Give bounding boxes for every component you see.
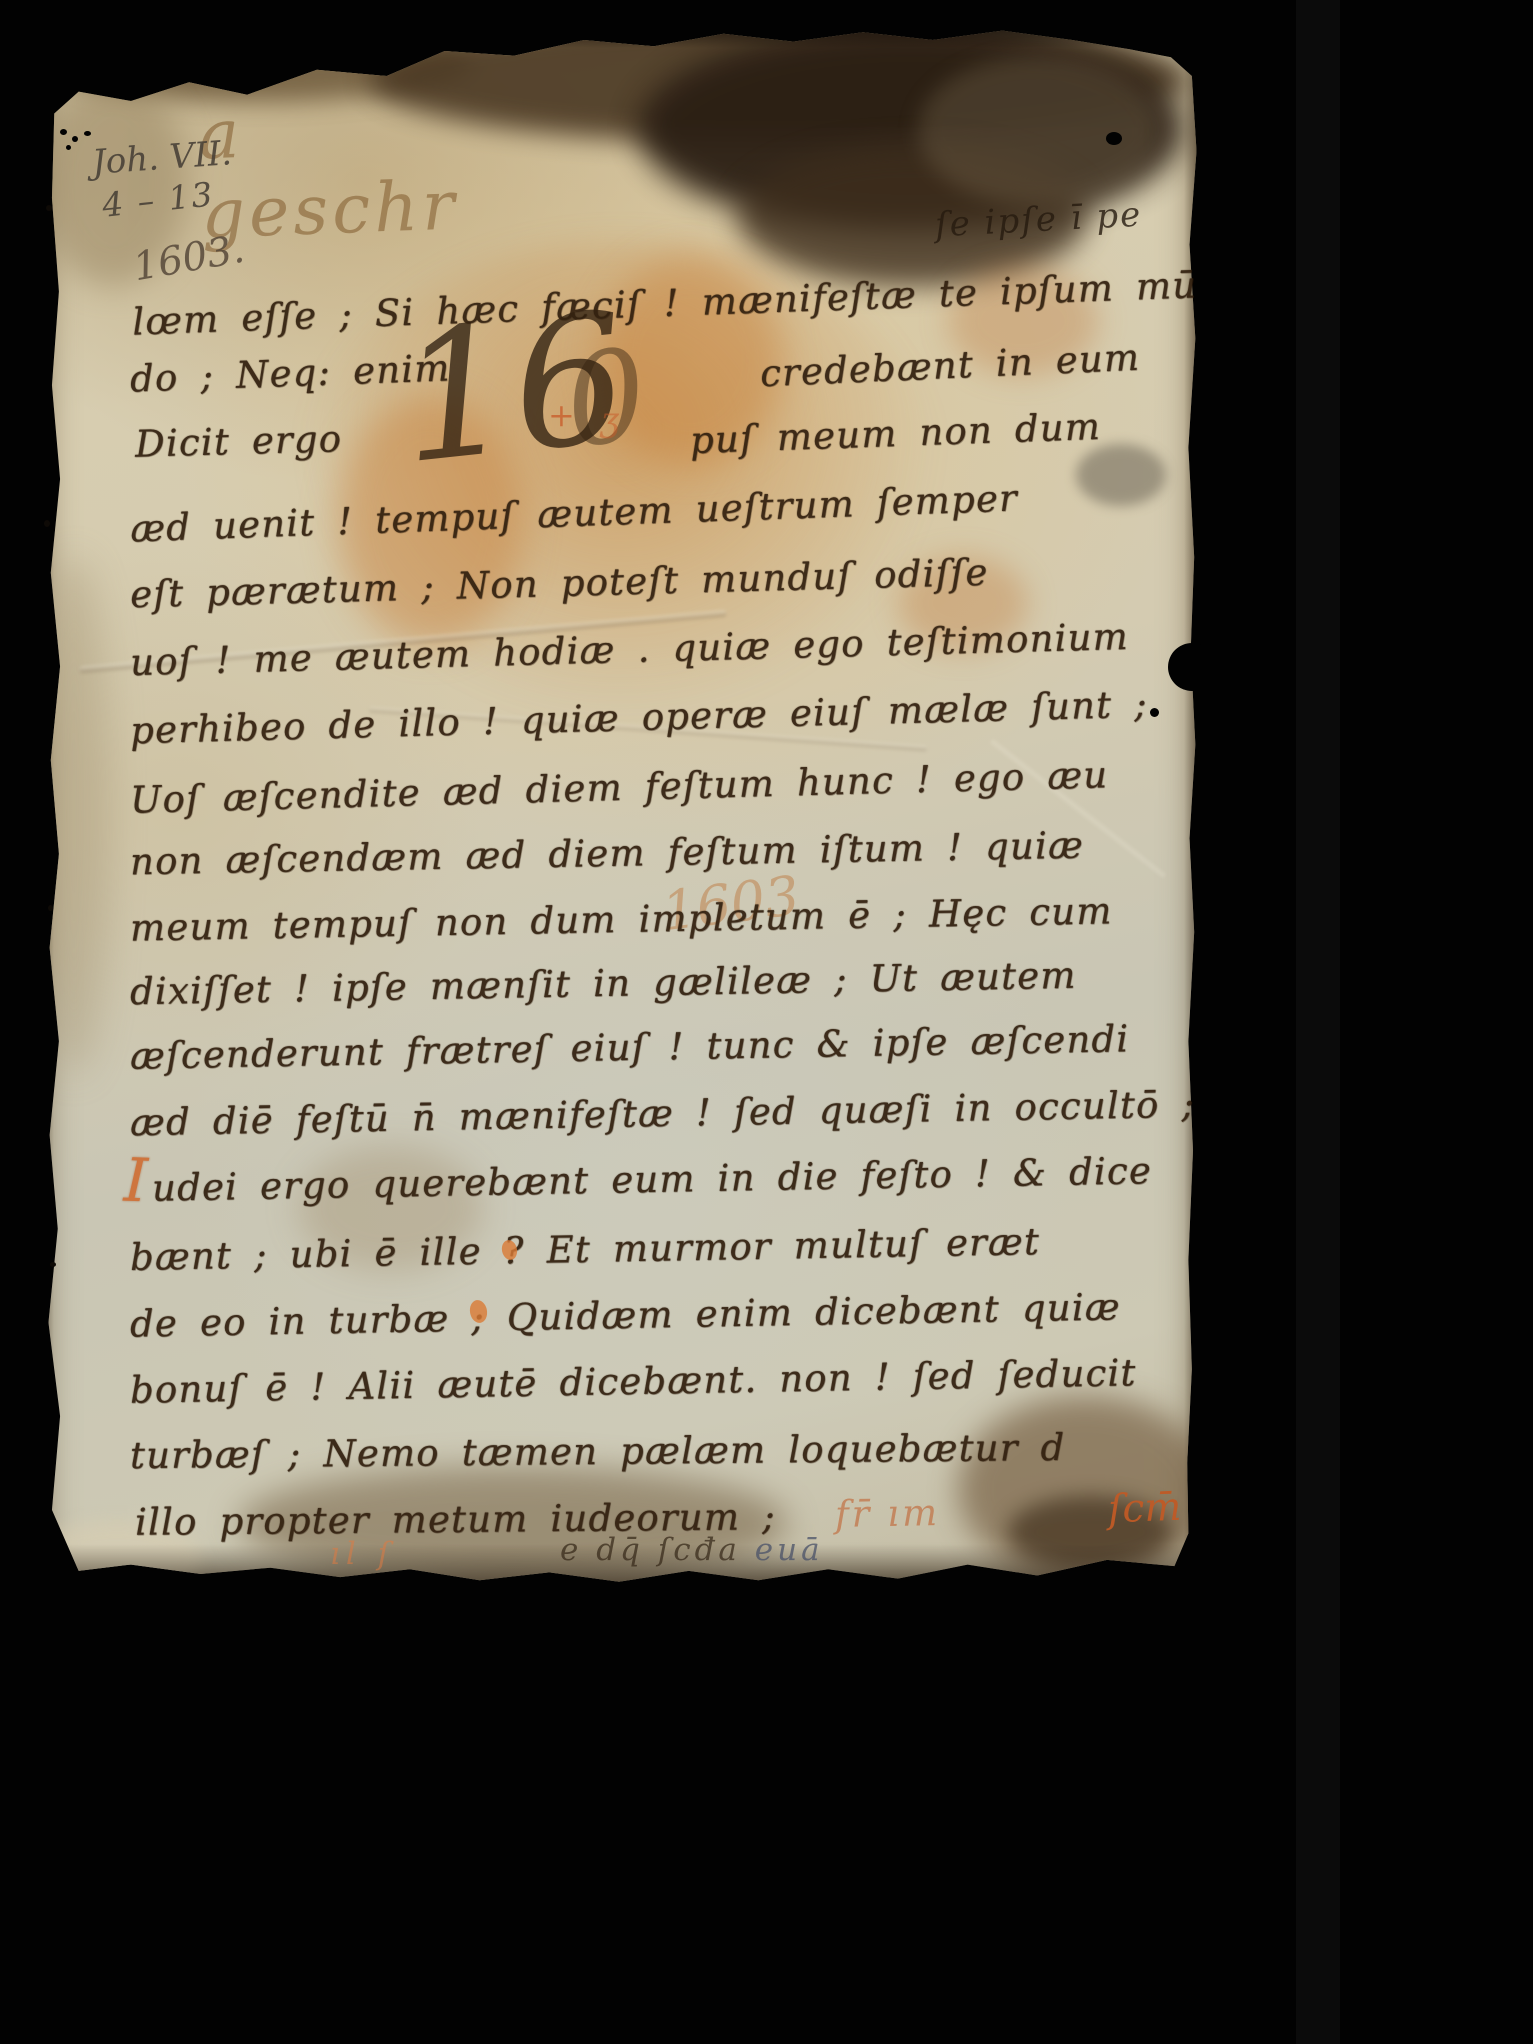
- manuscript-line: non æſcendæm æd diem feſtum iſtum ! quiæ: [130, 824, 1085, 884]
- manuscript-line: eſt pærætum ; Non poteſt munduſ odiſſe: [130, 551, 989, 616]
- manuscript-line: æd uenit ! tempuſ æutem ueſtrum ſemper: [130, 477, 1019, 551]
- manuscript-line: bonuſ ē ! Alii æutē dicebænt. non ! ſed …: [130, 1351, 1137, 1412]
- rubricated-initial: I: [123, 1146, 149, 1217]
- manuscript-line: puſ meum non dum: [689, 405, 1101, 462]
- edge-speck: [48, 905, 53, 911]
- worm-hole: [1150, 708, 1159, 717]
- manuscript-photo: a geschr Joh. VII. 4 – 13 1603. ſ: [0, 0, 1533, 2044]
- manuscript-line: Uoſ æſcendite æd diem feſtum hunc ! ego …: [130, 753, 1109, 822]
- edge-speck: [50, 1262, 56, 1267]
- fragment-dark-text: e dq̄ ſcđa: [560, 1532, 741, 1568]
- manuscript-line: æd diē feſtū n̄ mænifeſtæ ! ſed quæſi in…: [130, 1083, 1196, 1145]
- red-squiggle-mark: ʒ: [600, 400, 619, 440]
- manuscript-line: Dicit ergo: [134, 417, 342, 465]
- worm-hole: [66, 145, 71, 150]
- manuscript-line: de eo in turbæ ; Quidæm enim dicebænt qu…: [130, 1285, 1121, 1345]
- fragment-blue-text: euā: [755, 1532, 824, 1568]
- manuscript-line: perhibeo de illo ! quiæ operæ eiuſ mælæ …: [130, 683, 1149, 753]
- trimmed-line-fragment-dark: e dq̄ ſcđa euā: [560, 1532, 824, 1568]
- worm-hole: [72, 136, 78, 142]
- manuscript-line: dixiſſet ! ipſe mænſit in gælileæ ; Ut æ…: [130, 954, 1077, 1014]
- year-annotation: 1603.: [130, 227, 248, 291]
- manuscript-line: meum tempuſ non dum impletum ē ; Hęc cum: [130, 889, 1113, 949]
- manuscript-line: uoſ ! me æutem hodiæ . quiæ ego teſtimon…: [130, 615, 1130, 684]
- edge-notch-hole: [1168, 643, 1216, 691]
- manuscript-line: turbæſ ; Nemo tæmen pælæm loquebætur d: [130, 1426, 1066, 1477]
- red-rubric: ſcm̄: [1107, 1485, 1182, 1533]
- manuscript-line: udei ergo querebænt eum in die feſto ! &…: [152, 1149, 1153, 1209]
- manuscript-line: lœm eſſe ; Si hæc fæciſ ! mænifeſtæ te i…: [132, 263, 1198, 343]
- worm-hole: [84, 131, 91, 136]
- handwriting-layer: Joh. VII. 4 – 13 1603. ſe ipſe ī pe 16 0…: [0, 0, 1533, 2044]
- manuscript-line: æſcenderunt frætreſ eiuſ ! tunc & ipſe æ…: [130, 1017, 1130, 1077]
- red-cross-mark: +: [548, 396, 575, 434]
- red-rubric-faded: fr̄ ım: [835, 1491, 941, 1536]
- edge-speck: [46, 205, 52, 211]
- manuscript-line: credebænt in eum: [759, 336, 1141, 396]
- manuscript-line: bænt ; ubi ē ille ? Et murmor multuſ eræ…: [130, 1220, 1041, 1279]
- edge-speck: [44, 520, 50, 527]
- verse-range-note: 4 – 13: [100, 174, 216, 225]
- trimmed-line-fragment-orange: ıl ſ: [330, 1536, 395, 1572]
- hole-in-stain: [1106, 132, 1122, 145]
- obscured-line-fragment: ſe ipſe ī pe: [934, 195, 1143, 246]
- worm-hole: [60, 129, 67, 135]
